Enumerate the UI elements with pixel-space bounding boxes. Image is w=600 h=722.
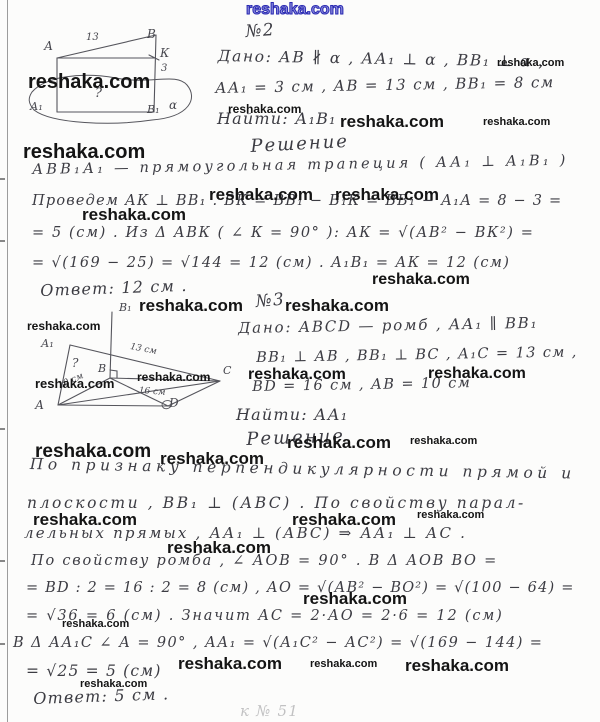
figure-label: К (160, 47, 169, 59)
figure-label: 13 (86, 33, 99, 43)
page-edge-mark (0, 428, 5, 430)
watermark: reshaka.com (80, 679, 147, 690)
watermark: reshaka.com (405, 657, 509, 674)
figure-label: ? (72, 357, 78, 369)
watermark: reshaka.com (410, 436, 477, 447)
watermark: reshaka.com (178, 655, 282, 672)
watermark: reshaka.com (23, 142, 145, 162)
watermark: reshaka.com (246, 2, 344, 18)
watermark: reshaka.com (483, 117, 550, 128)
handwritten-line: АА₁ = 3 см , АВ = 13 см , ВВ₁ = 8 см (215, 75, 555, 96)
handwritten-line: №3 (255, 291, 286, 310)
watermark: reshaka.com (33, 511, 137, 528)
figure-label: В₁ (119, 302, 132, 313)
watermark: reshaka.com (28, 72, 150, 92)
figure-label: А₁ (30, 101, 43, 112)
handwritten-line: к № 51 (240, 704, 299, 719)
watermark: reshaka.com (139, 297, 243, 314)
handwritten-line: = √(169 − 25) = √144 = 12 (см) . А₁В₁ = … (32, 256, 510, 271)
watermark: reshaka.com (137, 371, 210, 383)
figure-label: 16 см (138, 387, 165, 398)
watermark: reshaka.com (27, 320, 100, 332)
figure-label: В (147, 28, 156, 40)
watermark: reshaka.com (167, 539, 271, 556)
watermark: reshaka.com (340, 113, 444, 130)
handwritten-line: = 5 (см) . Из Δ АВК ( ∠ К = 90° ): АК = … (32, 226, 534, 241)
watermark: reshaka.com (292, 511, 396, 528)
watermark: reshaka.com (417, 510, 484, 521)
watermark: reshaka.com (310, 659, 377, 670)
watermark: reshaka.com (287, 434, 391, 451)
page-edge-line (7, 0, 8, 722)
page-edge-mark (0, 178, 5, 180)
watermark: reshaka.com (160, 450, 264, 467)
page-edge-mark (0, 643, 5, 645)
notebook-scan-page: АВ13К3?А₁В₁α А₁В₁?13 смВ10 см16 смСDА №2… (0, 0, 600, 722)
handwritten-line: В Δ АА₁С ∠ А = 90° , АА₁ = √(А₁С² − АС²)… (13, 636, 543, 651)
handwritten-line: = ВD : 2 = 16 : 2 = 8 (см) , АО = √(АВ² … (26, 581, 575, 596)
page-edge-mark (0, 560, 5, 562)
figure-label: α (169, 99, 177, 111)
watermark: reshaka.com (372, 272, 470, 288)
watermark: reshaka.com (35, 442, 151, 461)
page-edge-mark (0, 240, 5, 242)
figure-rhombus: А₁В₁?13 смВ10 см16 смСDА (15, 300, 245, 420)
watermark: reshaka.com (497, 58, 564, 69)
handwritten-line: ВВ₁ ⊥ АВ , ВВ₁ ⊥ ВС , А₁С = 13 см , (256, 345, 578, 365)
figure-label: D (169, 397, 179, 409)
figure-rhombus-svg (15, 300, 245, 420)
handwritten-line: №2 (245, 22, 275, 41)
watermark: reshaka.com (228, 103, 301, 115)
watermark: reshaka.com (35, 377, 115, 390)
figure-label: А₁ (41, 338, 54, 349)
watermark: reshaka.com (209, 186, 313, 203)
handwritten-line: Дано: АВ ∦ α , АА₁ ⊥ α , ВВ₁ ⊥ α , (218, 49, 545, 70)
figure-label: 3 (161, 64, 167, 74)
figure-label: А (44, 40, 53, 52)
figure-label: С (223, 365, 231, 376)
watermark: reshaka.com (248, 367, 346, 383)
handwritten-line: Дано: АВСD — ромб , АА₁ ∥ ВВ₁ (238, 316, 538, 336)
handwritten-line: Решение (250, 133, 349, 156)
watermark: reshaka.com (285, 297, 389, 314)
watermark: reshaka.com (303, 590, 407, 607)
figure-label: В (98, 363, 106, 374)
handwritten-line: Найти: АА₁ (236, 407, 348, 423)
figure-label: А (35, 399, 44, 411)
watermark: reshaka.com (62, 619, 129, 630)
watermark: reshaka.com (428, 366, 526, 382)
watermark: reshaka.com (335, 186, 439, 203)
watermark: reshaka.com (82, 206, 186, 223)
figure-label: В₁ (147, 104, 160, 115)
